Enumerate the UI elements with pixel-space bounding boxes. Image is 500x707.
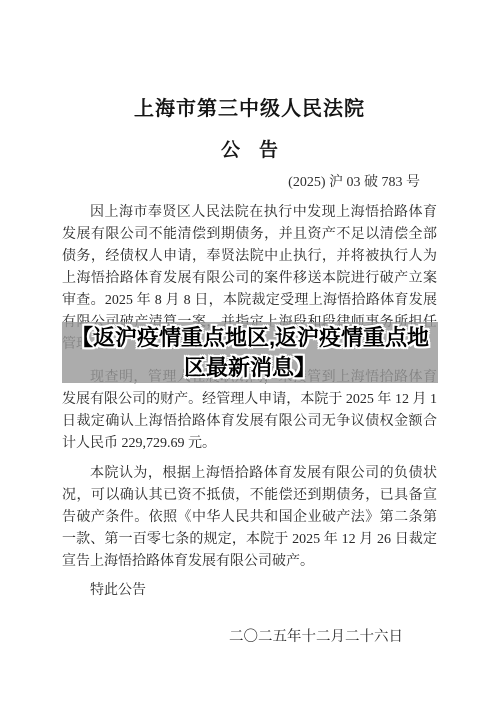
announcement-page: 上海市第三中级人民法院 公 告 (2025) 沪 03 破 783 号 因上海市… <box>0 0 500 707</box>
issue-date: 二〇二五年十二月二十六日 <box>62 627 403 647</box>
court-name: 上海市第三中级人民法院 <box>62 97 437 122</box>
body-paragraph-3: 本院认为，根据上海悟拾路体育发展有限公司的负债状况，可以确认其已资不抵债，不能偿… <box>62 463 437 573</box>
document-title: 公 告 <box>62 139 437 162</box>
case-number: (2025) 沪 03 破 783 号 <box>62 173 420 193</box>
ad-overlay-banner[interactable]: 【返沪疫情重点地区,返沪疫情重点地区最新消息】 <box>62 322 438 383</box>
ad-overlay-text: 【返沪疫情重点地区,返沪疫情重点地区最新消息】 <box>62 323 438 383</box>
closing-statement: 特此公告 <box>62 580 437 602</box>
